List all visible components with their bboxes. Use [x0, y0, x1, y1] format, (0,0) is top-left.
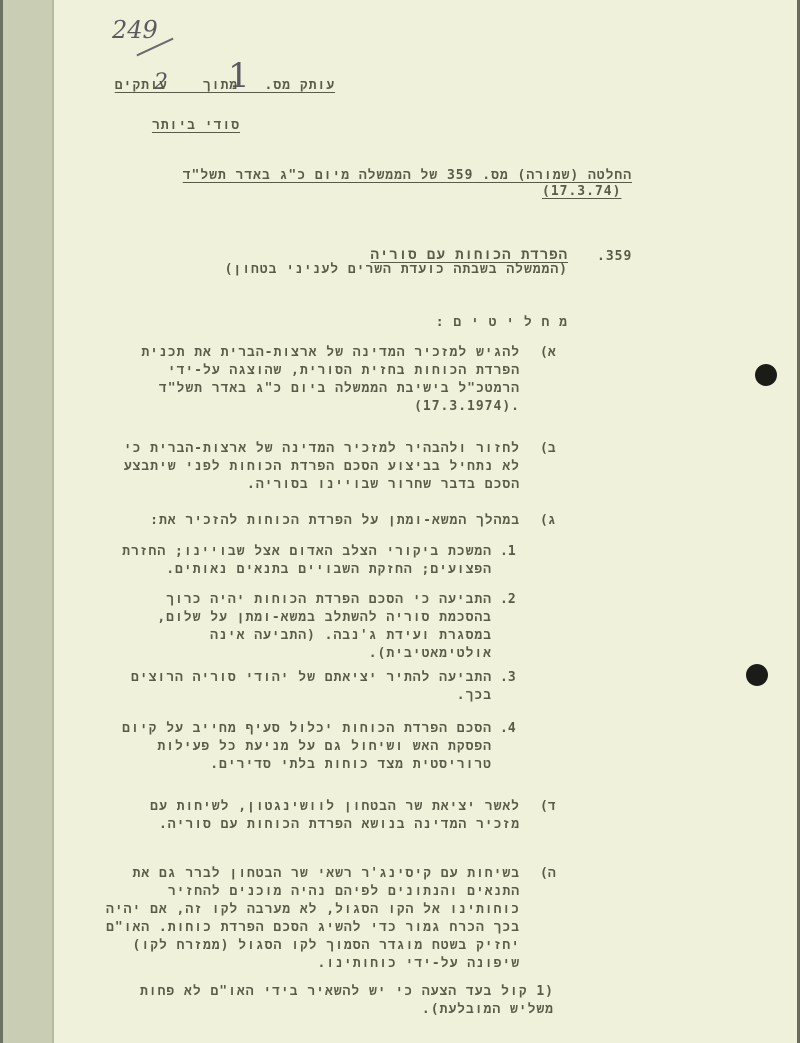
- item-c-line: במהלך המשא-ומתן על הפרדת הכוחות להזכיר א…: [60, 512, 520, 530]
- subitem-4-line: טרוריסטית מצד כוחות בלתי סדירים.: [52, 756, 492, 774]
- item-b-line: הסכם בדבר שחרור שבויינו בסוריה.: [60, 476, 520, 494]
- subitem-2-line: התביעה כי הסכם הפרדת הכוחות יהיה כרוך: [52, 591, 492, 609]
- item-d-line: לאשר יציאת שר הבטחון לוושינגטון, לשיחות …: [60, 798, 520, 816]
- subitem-1-line: הפצועים; החזקת השבויים בתנאים נאותים.: [52, 561, 492, 579]
- footnote-line: משליש המובלעת).: [74, 1001, 554, 1019]
- item-a-line: .(17.3.1974): [80, 398, 520, 416]
- item-marker-e: ה): [540, 866, 556, 881]
- punch-hole-icon: [755, 364, 777, 386]
- subitem-4-line: הפסקת האש ושיחול גם על מניעת כל פעילות: [52, 738, 492, 756]
- copy-line: עותק מס. מתוך עותקים: [75, 78, 335, 93]
- item-d-line: מזכיר המדינה בנושא הפרדת הכוחות עם סוריה…: [60, 816, 520, 834]
- item-a-line: הפרדת הכוחות בחזית הסורית, שהוצגה על-ידי: [80, 362, 520, 380]
- subitem-marker-3: .3: [500, 670, 516, 685]
- subitem-2-line: אולטימאטיבית).: [52, 645, 492, 663]
- item-e-line: בכך הכרח גמור כדי להשיג הסכם הפרדת כוחות…: [40, 919, 520, 937]
- handwritten-page-number: 249: [112, 16, 158, 44]
- section-subtitle: (הממשלה בשבתה כועדת השרים לעניני בטחון): [108, 262, 568, 277]
- item-e-line: כוחותינו אל הקו הסגול, לא מערבה לקו זה, …: [40, 901, 520, 919]
- subitem-2-text: התביעה כי הסכם הפרדת הכוחות יהיה כרוך בה…: [52, 591, 492, 663]
- subitem-marker-4: .4: [500, 721, 516, 736]
- punch-hole-icon: [746, 664, 768, 686]
- subitem-2-line: במסגרת ועידת ג'נבה. (התביעה אינה: [52, 627, 492, 645]
- item-b-line: לא נתחיל בביצוע הסכם הפרדת הכוחות לפני ש…: [60, 458, 520, 476]
- item-e-line: יחזיק בשטח מוגדר הסמוך לקו הסגול (ממזרח …: [40, 937, 520, 955]
- item-a-line: להגיש למזכיר המדינה של ארצות-הברית את תכ…: [80, 344, 520, 362]
- item-marker-a: א): [540, 345, 556, 360]
- item-b-line: לחזור ולהבהיר למזכיר המדינה של ארצות-הבר…: [60, 440, 520, 458]
- subitem-marker-1: .1: [500, 544, 516, 559]
- classification-label: סודי ביותר: [120, 118, 240, 133]
- item-b-text: לחזור ולהבהיר למזכיר המדינה של ארצות-הבר…: [60, 440, 520, 494]
- item-a-text: להגיש למזכיר המדינה של ארצות-הברית את תכ…: [80, 344, 520, 416]
- subitem-marker-2: .2: [500, 592, 516, 607]
- decision-date: (17.3.74): [542, 184, 621, 199]
- item-marker-c: ג): [540, 513, 556, 528]
- subitem-1-line: המשכת ביקורי הצלב האדום אצל שבויינו; החז…: [52, 543, 492, 561]
- subitem-2-line: בהסכמת סוריה להשתלב במשא-ומתן על שלום,: [52, 609, 492, 627]
- item-a-line: הרמטכ"ל בישיבת הממשלה ביום כ"ג באדר תשל"…: [80, 380, 520, 398]
- vote-footnote: (1 קול בעד הצעה כי יש להשאיר בידי האו"ם …: [74, 983, 554, 1019]
- document-page: 249 1 2 עותק מס. מתוך עותקים סודי ביותר …: [0, 0, 800, 1043]
- subitem-3-line: התביעה להתיר יציאתם של יהודי סוריה הרוצי…: [52, 669, 492, 687]
- subitem-3-line: בכך.: [52, 687, 492, 705]
- footnote-line: (1 קול בעד הצעה כי יש להשאיר בידי האו"ם …: [74, 983, 554, 1001]
- item-e-text: בשיחות עם קיסינג'ר רשאי שר הבטחון לברר ג…: [40, 865, 520, 973]
- item-marker-d: ד): [540, 799, 556, 814]
- item-e-line: בשיחות עם קיסינג'ר רשאי שר הבטחון לברר ג…: [40, 865, 520, 883]
- resolve-label: מ ח ל י ט י ם :: [368, 315, 568, 330]
- decision-title: החלטה (שמורה) מס. 359 של הממשלה מיום כ"ג…: [112, 168, 632, 183]
- subitem-1-text: המשכת ביקורי הצלב האדום אצל שבויינו; החז…: [52, 543, 492, 579]
- item-d-text: לאשר יציאת שר הבטחון לוושינגטון, לשיחות …: [60, 798, 520, 834]
- subitem-3-text: התביעה להתיר יציאתם של יהודי סוריה הרוצי…: [52, 669, 492, 705]
- item-e-line: התנאים והנתונים לפיהם נהיה מוכנים להחזיר: [40, 883, 520, 901]
- item-e-line: שיפונה על-ידי כוחותינו.: [40, 955, 520, 973]
- subitem-4-text: הסכם הפרדת הכוחות יכלול סעיף מחייב על קי…: [52, 720, 492, 774]
- item-marker-b: ב): [540, 441, 556, 456]
- item-c-text: במהלך המשא-ומתן על הפרדת הכוחות להזכיר א…: [60, 512, 520, 530]
- subitem-4-line: הסכם הפרדת הכוחות יכלול סעיף מחייב על קי…: [52, 720, 492, 738]
- section-number: .359: [597, 249, 632, 264]
